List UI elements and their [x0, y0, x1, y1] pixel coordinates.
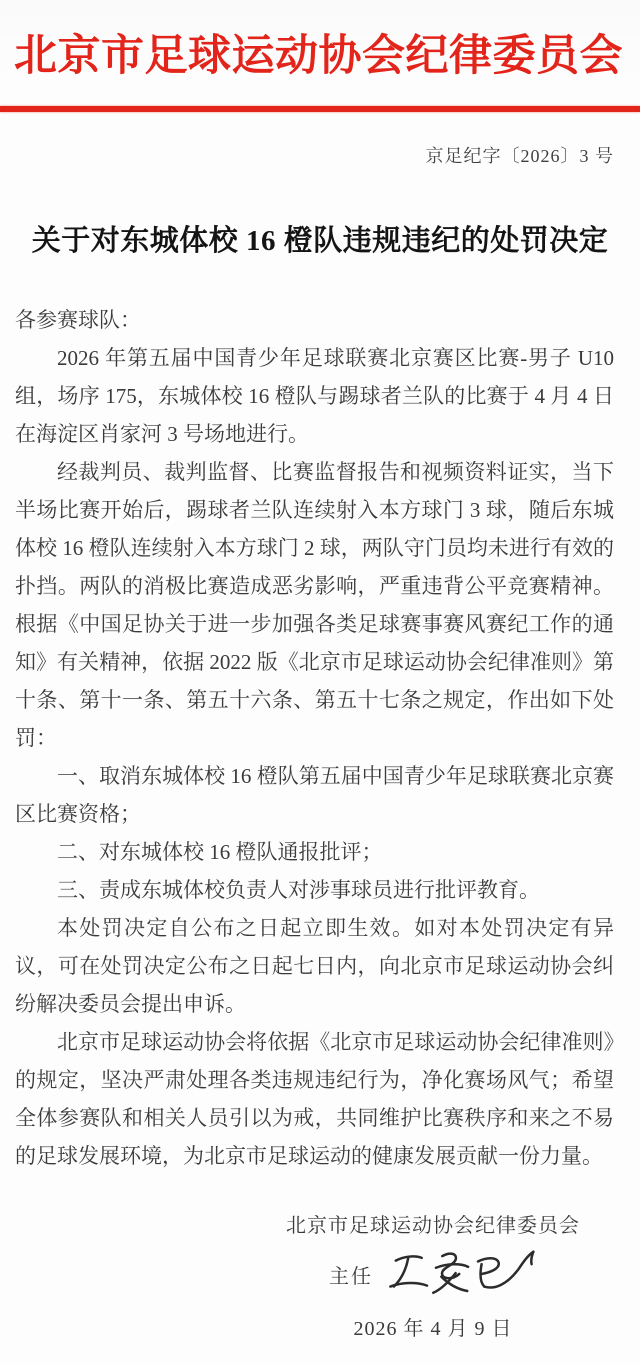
- handwritten-signature: [385, 1246, 537, 1302]
- signature-block: 北京市足球运动协会纪律委员会 主任 2026 年 4 月 9 日: [286, 1209, 580, 1365]
- signature-org-name: 北京市足球运动协会纪律委员会: [286, 1209, 580, 1238]
- decision-item-3: 三、责成东城体校负责人对涉事球员进行批评教育。: [15, 871, 614, 909]
- signature-role-label: 主任: [329, 1260, 373, 1289]
- decision-item-2: 二、对东城体校 16 橙队通报批评；: [15, 833, 614, 871]
- salutation: 各参赛球队：: [15, 301, 614, 339]
- document-page: 北京市足球运动协会纪律委员会 京足纪字〔2026〕3 号 关于对东城体校 16 …: [0, 0, 640, 1365]
- document-body: 各参赛球队： 2026 年第五届中国青少年足球联赛北京赛区比赛-男子 U10 组…: [0, 301, 640, 1175]
- signature-row: 主任: [286, 1246, 580, 1302]
- document-reference-number: 京足纪字〔2026〕3 号: [0, 142, 640, 168]
- decision-item-1: 一、取消东城体校 16 橙队第五届中国青少年足球联赛北京赛区比赛资格；: [15, 757, 614, 833]
- body-paragraph-closing: 北京市足球运动协会将依据《北京市足球运动协会纪律准则》的规定，坚决严肃处理各类违…: [15, 1023, 614, 1175]
- letterhead-divider-rule: [0, 106, 640, 112]
- body-paragraph-findings: 经裁判员、裁判监督、比赛监督报告和视频资料证实，当下半场比赛开始后，踢球者兰队连…: [15, 453, 614, 757]
- letterhead-org-title: 北京市足球运动协会纪律委员会: [0, 0, 640, 88]
- body-paragraph-match-info: 2026 年第五届中国青少年足球联赛北京赛区比赛-男子 U10 组，场序 175…: [15, 339, 614, 453]
- document-title: 关于对东城体校 16 橙队违规违纪的处罚决定: [10, 218, 630, 259]
- signature-date: 2026 年 4 月 9 日: [286, 1312, 580, 1365]
- body-paragraph-appeal: 本处罚决定自公布之日起立即生效。如对本处罚决定有异议，可在处罚决定公布之日起七日…: [15, 909, 614, 1023]
